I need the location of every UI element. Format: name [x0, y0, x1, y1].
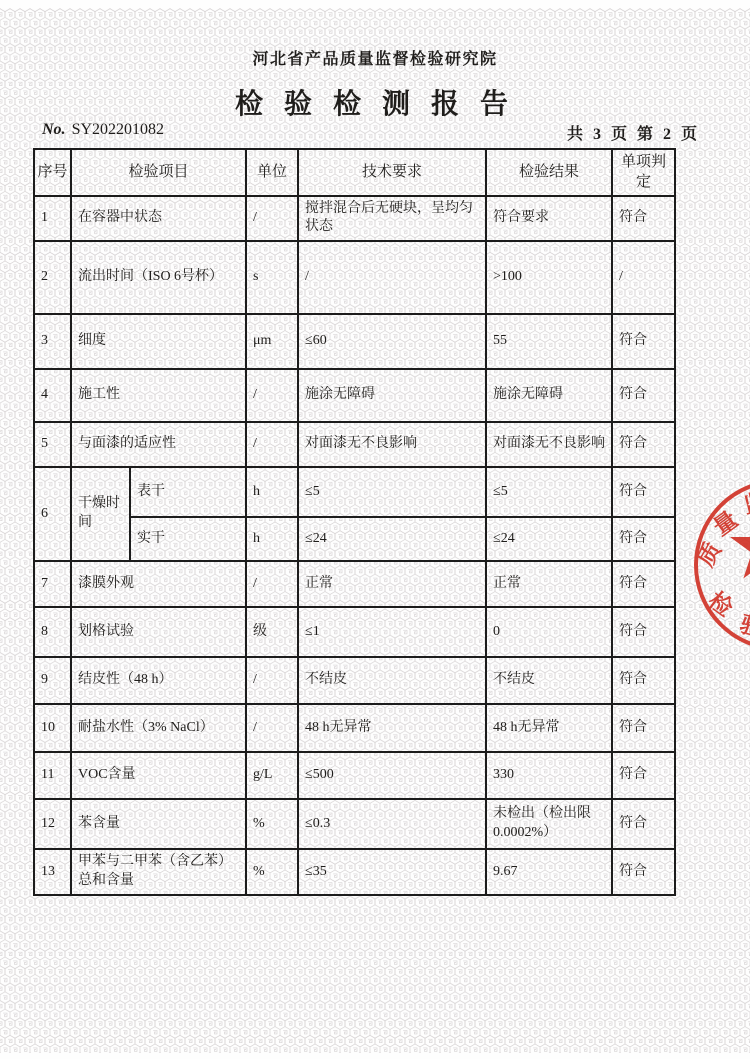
cell-judgment: 符合: [612, 657, 675, 704]
cell-requirement: ≤500: [298, 752, 486, 799]
table-row: 13 甲苯与二甲苯（含乙苯）总和含量 % ≤35 9.67 符合: [34, 849, 675, 895]
cell-judgment: 符合: [612, 704, 675, 752]
cell-requirement: ≤24: [298, 517, 486, 561]
cell-no: 4: [34, 369, 71, 422]
cell-result: ≤5: [486, 467, 612, 517]
cell-subitem: 实干: [130, 517, 246, 561]
cell-no: 12: [34, 799, 71, 849]
cell-judgment: 符合: [612, 314, 675, 369]
cell-requirement: 搅拌混合后无硬块，呈均匀状态: [298, 196, 486, 242]
cell-unit: /: [246, 561, 298, 607]
table-row: 实干 h ≤24 ≤24 符合: [34, 517, 675, 561]
cell-unit: /: [246, 704, 298, 752]
cell-no: 10: [34, 704, 71, 752]
cell-requirement: 正常: [298, 561, 486, 607]
cell-item: 在容器中状态: [71, 196, 246, 242]
report-number-value: SY202201082: [72, 121, 164, 138]
cell-judgment: 符合: [612, 369, 675, 422]
report-number-prefix: No.: [42, 121, 66, 138]
cell-requirement: 48 h无异常: [298, 704, 486, 752]
table-row: 4 施工性 / 施涂无障碍 施涂无障碍 符合: [34, 369, 675, 422]
table-header-row: 序号 检验项目 单位 技术要求 检验结果 单项判定: [34, 149, 675, 196]
organization-name: 河北省产品质量监督检验研究院: [0, 46, 750, 69]
cell-no: 5: [34, 422, 71, 467]
cell-no: 8: [34, 607, 71, 657]
cell-unit: s: [246, 241, 298, 314]
cell-judgment: 符合: [612, 607, 675, 657]
cell-unit: g/L: [246, 752, 298, 799]
cell-judgment: 符合: [612, 752, 675, 799]
cell-item: 施工性: [71, 369, 246, 422]
cell-judgment: /: [612, 241, 675, 314]
cell-no: 2: [34, 241, 71, 314]
cell-requirement: 施涂无障碍: [298, 369, 486, 422]
cell-requirement: ≤0.3: [298, 799, 486, 849]
table-row: 12 苯含量 % ≤0.3 未检出（检出限0.0002%） 符合: [34, 799, 675, 849]
cell-unit: h: [246, 467, 298, 517]
cell-judgment: 符合: [612, 849, 675, 895]
cell-judgment: 符合: [612, 517, 675, 561]
table-row: 6 干燥时间 表干 h ≤5 ≤5 符合: [34, 467, 675, 517]
cell-judgment: 符合: [612, 561, 675, 607]
cell-unit: %: [246, 799, 298, 849]
cell-no: 11: [34, 752, 71, 799]
cell-result: 符合要求: [486, 196, 612, 242]
cell-unit: %: [246, 849, 298, 895]
cell-result: 48 h无异常: [486, 704, 612, 752]
cell-result: >100: [486, 241, 612, 314]
cell-item: 甲苯与二甲苯（含乙苯）总和含量: [71, 849, 246, 895]
table-row: 9 结皮性（48 h） / 不结皮 不结皮 符合: [34, 657, 675, 704]
table-row: 11 VOC含量 g/L ≤500 330 符合: [34, 752, 675, 799]
cell-judgment: 符合: [612, 422, 675, 467]
table-row: 1 在容器中状态 / 搅拌混合后无硬块，呈均匀状态 符合要求 符合: [34, 196, 675, 242]
inspection-results-table: 序号 检验项目 单位 技术要求 检验结果 单项判定 1 在容器中状态 / 搅拌混…: [33, 148, 676, 896]
cell-unit: μm: [246, 314, 298, 369]
cell-result: 不结皮: [486, 657, 612, 704]
cell-requirement: ≤5: [298, 467, 486, 517]
col-header-unit: 单位: [246, 149, 298, 196]
cell-result: 0: [486, 607, 612, 657]
cell-unit: /: [246, 369, 298, 422]
table-row: 7 漆膜外观 / 正常 正常 符合: [34, 561, 675, 607]
col-header-item: 检验项目: [71, 149, 246, 196]
cell-result: 330: [486, 752, 612, 799]
cell-no: 3: [34, 314, 71, 369]
col-header-requirement: 技术要求: [298, 149, 486, 196]
table-row: 5 与面漆的适应性 / 对面漆无不良影响 对面漆无不良影响 符合: [34, 422, 675, 467]
cell-unit: /: [246, 196, 298, 242]
table-row: 2 流出时间（ISO 6号杯） s / >100 /: [34, 241, 675, 314]
cell-no: 13: [34, 849, 71, 895]
cell-requirement: ≤60: [298, 314, 486, 369]
cell-item: 漆膜外观: [71, 561, 246, 607]
cell-result: 施涂无障碍: [486, 369, 612, 422]
cell-result: 9.67: [486, 849, 612, 895]
cell-judgment: 符合: [612, 799, 675, 849]
cell-item: 划格试验: [71, 607, 246, 657]
cell-no: 7: [34, 561, 71, 607]
cell-item: 耐盐水性（3% NaCl）: [71, 704, 246, 752]
cell-no: 6: [34, 467, 71, 561]
col-header-result: 检验结果: [486, 149, 612, 196]
cell-subitem: 表干: [130, 467, 246, 517]
table-row: 3 细度 μm ≤60 55 符合: [34, 314, 675, 369]
cell-item: 细度: [71, 314, 246, 369]
cell-unit: 级: [246, 607, 298, 657]
cell-judgment: 符合: [612, 467, 675, 517]
cell-unit: /: [246, 422, 298, 467]
cell-requirement: 对面漆无不良影响: [298, 422, 486, 467]
table-row: 8 划格试验 级 ≤1 0 符合: [34, 607, 675, 657]
cell-requirement: 不结皮: [298, 657, 486, 704]
cell-judgment: 符合: [612, 196, 675, 242]
cell-result: 未检出（检出限0.0002%）: [486, 799, 612, 849]
report-title: 检 验 检 测 报 告: [0, 82, 750, 122]
table-row: 10 耐盐水性（3% NaCl） / 48 h无异常 48 h无异常 符合: [34, 704, 675, 752]
cell-item: 干燥时间: [71, 467, 130, 561]
cell-unit: /: [246, 657, 298, 704]
cell-item: 流出时间（ISO 6号杯）: [71, 241, 246, 314]
cell-result: ≤24: [486, 517, 612, 561]
cell-result: 正常: [486, 561, 612, 607]
cell-item: 苯含量: [71, 799, 246, 849]
cell-item: 与面漆的适应性: [71, 422, 246, 467]
cell-requirement: ≤35: [298, 849, 486, 895]
cell-requirement: /: [298, 241, 486, 314]
col-header-judgment: 单项判定: [612, 149, 675, 196]
col-header-no: 序号: [34, 149, 71, 196]
cell-item: 结皮性（48 h）: [71, 657, 246, 704]
report-number: No.SY202201082: [42, 121, 164, 139]
cell-result: 55: [486, 314, 612, 369]
report-meta-line: No.SY202201082 共 3 页 第 2 页: [42, 121, 700, 143]
cell-no: 9: [34, 657, 71, 704]
official-stamp: ★ 质 量 监 检 验: [694, 479, 750, 651]
cell-result: 对面漆无不良影响: [486, 422, 612, 467]
cell-item: VOC含量: [71, 752, 246, 799]
cell-requirement: ≤1: [298, 607, 486, 657]
cell-unit: h: [246, 517, 298, 561]
cell-no: 1: [34, 196, 71, 242]
page-count-indicator: 共 3 页 第 2 页: [567, 121, 700, 144]
